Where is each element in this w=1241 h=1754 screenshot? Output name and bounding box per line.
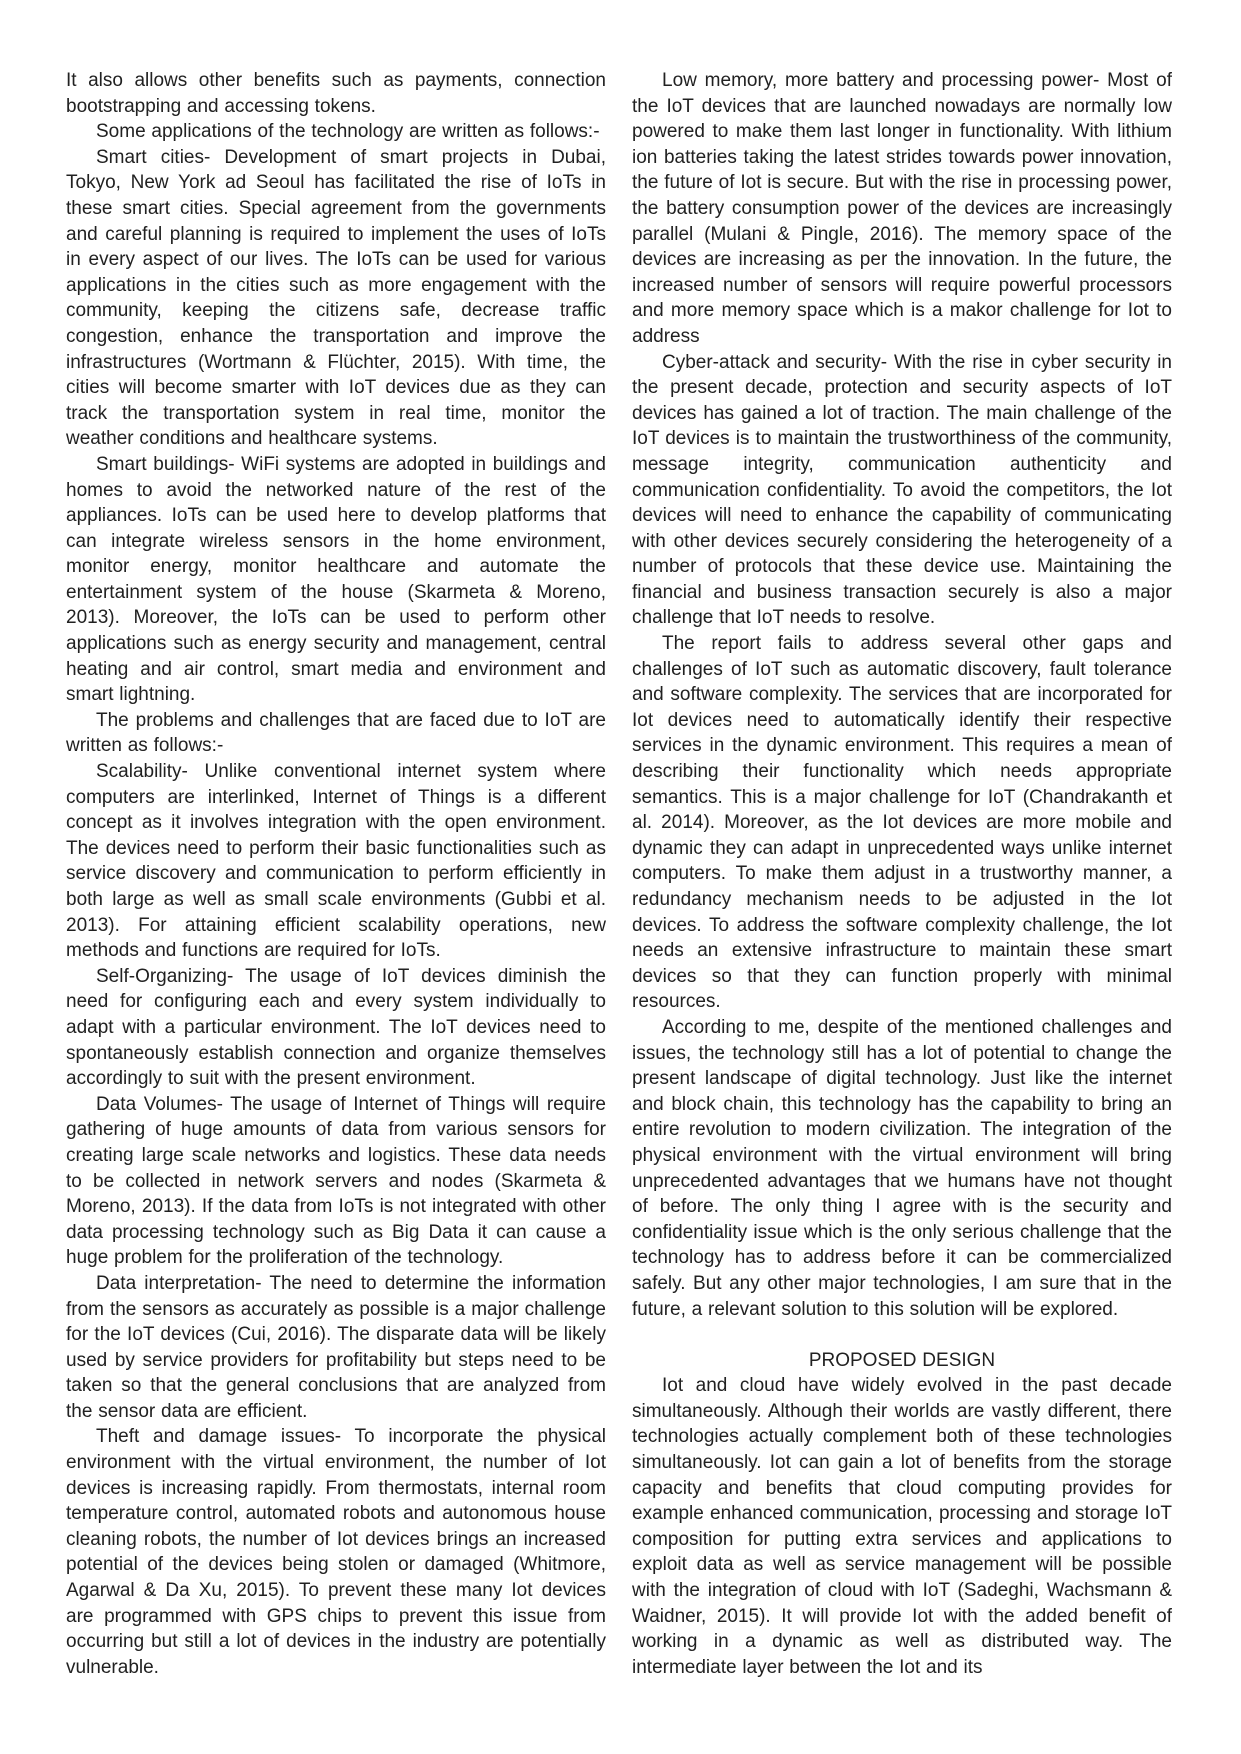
paragraph-smart-cities: Smart cities- Development of smart proje…	[66, 145, 606, 452]
paragraph-challenges-intro: The problems and challenges that are fac…	[66, 708, 606, 759]
paragraph-report-gaps: The report fails to address several othe…	[632, 631, 1172, 1015]
section-heading-proposed-design: PROPOSED DESIGN	[632, 1348, 1172, 1374]
paragraph-iot-cloud: Iot and cloud have widely evolved in the…	[632, 1373, 1172, 1680]
paragraph-author-opinion: According to me, despite of the mentione…	[632, 1015, 1172, 1322]
document-page: It also allows other benefits such as pa…	[0, 0, 1241, 1754]
paragraph-continuation-benefits: It also allows other benefits such as pa…	[66, 68, 606, 119]
paragraph-scalability: Scalability- Unlike conventional interne…	[66, 759, 606, 964]
paragraph-self-organizing: Self-Organizing- The usage of IoT device…	[66, 964, 606, 1092]
paragraph-cyber-attack: Cyber-attack and security- With the rise…	[632, 350, 1172, 632]
text-column-right: Low memory, more battery and processing …	[632, 68, 1172, 1714]
text-column-left: It also allows other benefits such as pa…	[66, 68, 606, 1714]
paragraph-smart-buildings: Smart buildings- WiFi systems are adopte…	[66, 452, 606, 708]
paragraph-data-volumes: Data Volumes- The usage of Internet of T…	[66, 1092, 606, 1271]
paragraph-low-memory: Low memory, more battery and processing …	[632, 68, 1172, 350]
paragraph-theft-damage: Theft and damage issues- To incorporate …	[66, 1424, 606, 1680]
paragraph-data-interpretation: Data interpretation- The need to determi…	[66, 1271, 606, 1425]
paragraph-applications-intro: Some applications of the technology are …	[66, 119, 606, 145]
